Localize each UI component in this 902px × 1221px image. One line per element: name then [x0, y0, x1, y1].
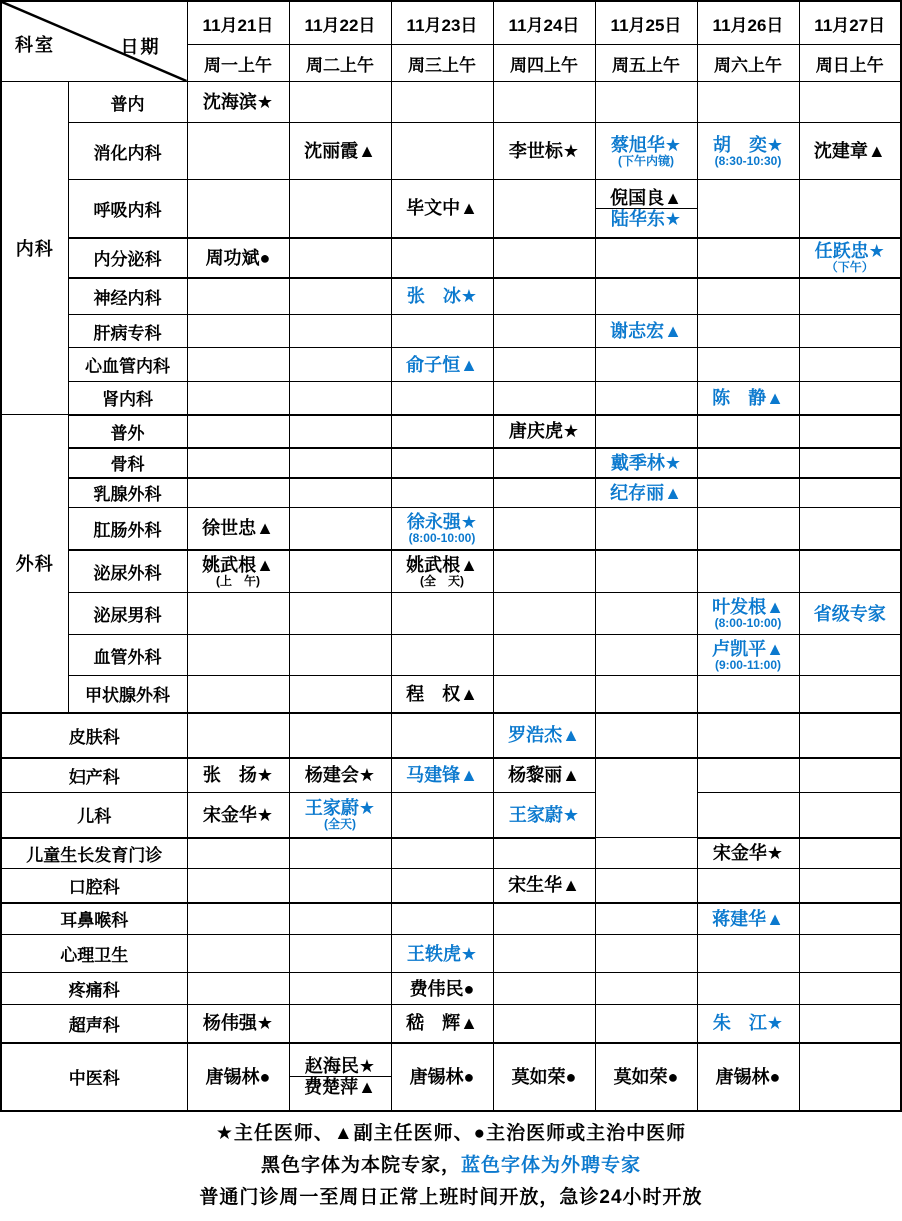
schedule-cell: 唐锡林●	[697, 1043, 799, 1111]
schedule-cell	[289, 838, 391, 869]
schedule-cell: 杨建会★	[289, 758, 391, 793]
schedule-cell	[493, 903, 595, 935]
schedule-cell	[493, 676, 595, 713]
weekday-label: 周一上午	[204, 56, 272, 75]
dept-label: 泌尿男科	[94, 606, 162, 625]
schedule-cell	[799, 382, 901, 415]
table-row: 耳鼻喉科蒋建华▲	[1, 903, 901, 935]
schedule-cell	[289, 478, 391, 508]
table-row: 儿科宋金华★王家蔚★(全天)王家蔚★	[1, 793, 901, 838]
schedule-cell	[799, 508, 901, 550]
schedule-cell	[493, 382, 595, 415]
doctor-name: 卢凯平▲	[712, 639, 784, 659]
schedule-cell	[391, 315, 493, 348]
time-note: (下午内镜)	[618, 155, 674, 168]
split-sub-cell: 费楚萍▲	[290, 1077, 391, 1097]
schedule-cell	[187, 903, 289, 935]
schedule-cell	[697, 793, 799, 838]
doctor-name: 宋金华★	[203, 805, 273, 825]
dept-label: 超声科	[69, 1016, 120, 1035]
schedule-cell	[697, 348, 799, 382]
header-date-cell: 11月21日	[187, 1, 289, 45]
group-label: 外科	[16, 554, 54, 574]
schedule-cell	[289, 635, 391, 676]
schedule-cell: 杨黎丽▲	[493, 758, 595, 793]
schedule-cell: 周功斌●	[187, 238, 289, 278]
schedule-cell	[493, 635, 595, 676]
schedule-cell: 沈丽霞▲	[289, 123, 391, 180]
doctor-name: 朱 江★	[713, 1013, 783, 1033]
dept-label: 肾内科	[102, 390, 153, 409]
schedule-cell	[595, 415, 697, 448]
table-row: 皮肤科罗浩杰▲	[1, 713, 901, 758]
schedule-cell	[595, 838, 697, 869]
schedule-cell	[493, 448, 595, 478]
dept-cell: 中医科	[1, 1043, 187, 1111]
schedule-cell: 张 扬★	[187, 758, 289, 793]
schedule-cell	[391, 903, 493, 935]
schedule-cell: 徐永强★(8:00-10:00)	[391, 508, 493, 550]
dept-cell: 心血管内科	[68, 348, 187, 382]
table-row: 乳腺外科纪存丽▲	[1, 478, 901, 508]
doctor-name: 徐世忠▲	[202, 518, 274, 538]
schedule-cell	[799, 478, 901, 508]
schedule-cell	[799, 550, 901, 593]
dept-label: 心理卫生	[60, 946, 128, 965]
dept-label: 呼吸内科	[94, 201, 162, 220]
dept-cell: 血管外科	[68, 635, 187, 676]
schedule-cell	[187, 869, 289, 903]
table-row: 肛肠外科徐世忠▲徐永强★(8:00-10:00)	[1, 508, 901, 550]
dept-label: 乳腺外科	[94, 485, 162, 504]
schedule-cell	[187, 676, 289, 713]
schedule-cell: 唐锡林●	[187, 1043, 289, 1111]
schedule-cell	[799, 635, 901, 676]
time-note: (全 天)	[420, 575, 464, 588]
dept-label: 普内	[111, 95, 145, 114]
schedule-cell	[697, 278, 799, 315]
schedule-cell	[595, 869, 697, 903]
schedule-cell	[187, 838, 289, 869]
schedule-cell: 莫如荣●	[493, 1043, 595, 1111]
schedule-cell	[391, 593, 493, 635]
dept-cell: 疼痛科	[1, 973, 187, 1005]
dept-cell: 乳腺外科	[68, 478, 187, 508]
schedule-cell	[595, 758, 697, 838]
dept-cell: 内分泌科	[68, 238, 187, 278]
table-row: 肝病专科谢志宏▲	[1, 315, 901, 348]
schedule-cell	[697, 935, 799, 973]
doctor-name: 王家蔚★	[509, 805, 579, 825]
schedule-cell: 胡 奕★(8:30-10:30)	[697, 123, 799, 180]
doctor-name: 杨建会★	[305, 765, 375, 785]
schedule-cell	[799, 903, 901, 935]
schedule-cell: 王轶虎★	[391, 935, 493, 973]
schedule-cell	[799, 180, 901, 238]
weekday-label: 周五上午	[612, 56, 680, 75]
schedule-cell	[595, 676, 697, 713]
schedule-cell	[493, 550, 595, 593]
doctor-name: 费楚萍▲	[304, 1077, 376, 1097]
schedule-cell	[289, 508, 391, 550]
legend-titles-line: ★主任医师、▲副主任医师、●主治医师或主治中医师	[0, 1123, 902, 1145]
schedule-cell	[697, 82, 799, 123]
schedule-cell	[595, 508, 697, 550]
schedule-cell	[187, 713, 289, 758]
schedule-cell: 罗浩杰▲	[493, 713, 595, 758]
header-weekday-cell: 周四上午	[493, 45, 595, 82]
schedule-cell	[493, 508, 595, 550]
doctor-name: 宋金华★	[713, 843, 783, 863]
schedule-cell: 宋金华★	[187, 793, 289, 838]
schedule-cell	[493, 348, 595, 382]
schedule-cell	[391, 415, 493, 448]
schedule-cell	[289, 903, 391, 935]
dept-cell: 耳鼻喉科	[1, 903, 187, 935]
schedule-cell	[493, 838, 595, 869]
table-row: 心理卫生王轶虎★	[1, 935, 901, 973]
dept-label: 口腔科	[69, 878, 120, 897]
legend-blue-note: 蓝色字体为外聘专家	[461, 1155, 641, 1176]
schedule-cell	[391, 238, 493, 278]
schedule-cell	[289, 238, 391, 278]
dept-label: 肝病专科	[94, 324, 162, 343]
dept-label: 儿童生长发育门诊	[26, 846, 162, 865]
schedule-cell: 赵海民★费楚萍▲	[289, 1043, 391, 1111]
time-note: (9:00-11:00)	[715, 659, 781, 672]
schedule-cell: 姚武根▲(全 天)	[391, 550, 493, 593]
schedule-cell	[697, 180, 799, 238]
header-date-cell: 11月23日	[391, 1, 493, 45]
doctor-name: 张 扬★	[203, 765, 273, 785]
table-row: 心血管内科俞子恒▲	[1, 348, 901, 382]
doctor-name: 唐锡林●	[206, 1067, 271, 1087]
table-row: 泌尿外科姚武根▲(上 午)姚武根▲(全 天)	[1, 550, 901, 593]
schedule-cell	[799, 793, 901, 838]
schedule-cell	[289, 180, 391, 238]
doctor-name: 姚武根▲	[202, 555, 274, 575]
schedule-cell: 陈 静▲	[697, 382, 799, 415]
schedule-cell	[391, 635, 493, 676]
doctor-name: 省级专家	[814, 604, 886, 624]
doctor-name: 纪存丽▲	[610, 483, 682, 503]
schedule-cell	[289, 869, 391, 903]
table-row: 外科普外唐庆虎★	[1, 415, 901, 448]
schedule-cell	[493, 1005, 595, 1043]
schedule-cell	[187, 935, 289, 973]
doctor-name: 程 权▲	[406, 684, 478, 704]
weekday-label: 周六上午	[714, 56, 782, 75]
header-weekday-cell: 周六上午	[697, 45, 799, 82]
split-sub-cell: 陆华东★	[596, 209, 697, 229]
schedule-cell	[595, 713, 697, 758]
schedule-cell: 宋生华▲	[493, 869, 595, 903]
schedule-cell	[595, 550, 697, 593]
doctor-name: 俞子恒▲	[406, 355, 478, 375]
schedule-cell: 程 权▲	[391, 676, 493, 713]
schedule-cell	[595, 973, 697, 1005]
dept-cell: 超声科	[1, 1005, 187, 1043]
schedule-cell	[187, 382, 289, 415]
doctor-name: 谢志宏▲	[610, 321, 682, 341]
schedule-cell: 叶发根▲(8:00-10:00)	[697, 593, 799, 635]
schedule-cell	[799, 973, 901, 1005]
dept-cell: 甲状腺外科	[68, 676, 187, 713]
schedule-cell	[493, 180, 595, 238]
dept-cell: 神经内科	[68, 278, 187, 315]
schedule-cell	[595, 635, 697, 676]
schedule-cell	[289, 550, 391, 593]
dept-cell: 普外	[68, 415, 187, 448]
date-label: 11月24日	[509, 16, 580, 35]
dept-label: 神经内科	[94, 289, 162, 308]
dept-label: 皮肤科	[69, 728, 120, 747]
schedule-cell	[697, 676, 799, 713]
schedule-cell: 王家蔚★	[493, 793, 595, 838]
table-row: 血管外科卢凯平▲(9:00-11:00)	[1, 635, 901, 676]
group-cell: 内科	[1, 82, 68, 415]
doctor-name: 蔡旭华★	[611, 135, 681, 155]
date-label: 11月22日	[305, 16, 376, 35]
table-row: 内科普内沈海滨★	[1, 82, 901, 123]
doctor-name: 李世标★	[509, 141, 579, 161]
dept-label: 泌尿外科	[94, 564, 162, 583]
schedule-cell	[391, 382, 493, 415]
schedule-cell	[493, 278, 595, 315]
schedule-cell: 徐世忠▲	[187, 508, 289, 550]
doctor-name: 沈丽霞▲	[304, 141, 376, 161]
schedule-cell	[289, 713, 391, 758]
doctor-name: 莫如荣●	[512, 1067, 577, 1087]
table-row: 疼痛科费伟民●	[1, 973, 901, 1005]
weekday-label: 周日上午	[816, 56, 884, 75]
schedule-cell: 卢凯平▲(9:00-11:00)	[697, 635, 799, 676]
schedule-cell	[799, 348, 901, 382]
dept-cell: 呼吸内科	[68, 180, 187, 238]
schedule-cell	[697, 869, 799, 903]
time-note: (8:00-10:00)	[409, 532, 476, 545]
schedule-cell	[799, 758, 901, 793]
schedule-cell: 嵇 辉▲	[391, 1005, 493, 1043]
schedule-cell: 张 冰★	[391, 278, 493, 315]
doctor-name: 胡 奕★	[713, 135, 783, 155]
table-row: 甲状腺外科程 权▲	[1, 676, 901, 713]
doctor-name: 王轶虎★	[407, 944, 477, 964]
table-row: 泌尿男科叶发根▲(8:00-10:00)省级专家	[1, 593, 901, 635]
legend-footer: ★主任医师、▲副主任医师、●主治医师或主治中医师 黑色字体为本院专家，蓝色字体为…	[0, 1123, 902, 1209]
schedule-cell	[493, 315, 595, 348]
dept-cell: 普内	[68, 82, 187, 123]
schedule-cell	[595, 278, 697, 315]
dept-label: 心血管内科	[85, 357, 170, 376]
schedule-cell	[595, 82, 697, 123]
time-note: （下午）	[826, 261, 874, 274]
schedule-cell: 倪国良▲陆华东★	[595, 180, 697, 238]
schedule-cell	[799, 869, 901, 903]
doctor-name: 张 冰★	[407, 286, 477, 306]
schedule-cell: 蒋建华▲	[697, 903, 799, 935]
schedule-cell	[289, 82, 391, 123]
dept-cell: 骨科	[68, 448, 187, 478]
schedule-cell	[697, 448, 799, 478]
legend-hours-line: 普通门诊周一至周日正常上班时间开放，急诊24小时开放	[0, 1187, 902, 1209]
schedule-cell	[187, 315, 289, 348]
date-label: 11月23日	[407, 16, 478, 35]
header-date-cell: 11月25日	[595, 1, 697, 45]
schedule-cell	[391, 793, 493, 838]
dept-cell: 泌尿外科	[68, 550, 187, 593]
dept-label: 儿科	[77, 807, 111, 826]
schedule-cell	[697, 508, 799, 550]
split-sub-cell: 倪国良▲	[596, 188, 697, 209]
table-row: 呼吸内科毕文中▲倪国良▲陆华东★	[1, 180, 901, 238]
schedule-cell: 沈海滨★	[187, 82, 289, 123]
dept-cell: 肾内科	[68, 382, 187, 415]
schedule-cell	[799, 82, 901, 123]
schedule-cell	[595, 903, 697, 935]
table-row: 中医科唐锡林●赵海民★费楚萍▲唐锡林●莫如荣●莫如荣●唐锡林●	[1, 1043, 901, 1111]
schedule-cell	[697, 478, 799, 508]
schedule-cell	[697, 238, 799, 278]
doctor-name: 费伟民●	[410, 979, 475, 999]
weekday-label: 周三上午	[408, 56, 476, 75]
date-label: 11月25日	[611, 16, 682, 35]
schedule-cell: 李世标★	[493, 123, 595, 180]
table-row: 骨科戴季林★	[1, 448, 901, 478]
header-weekday-cell: 周二上午	[289, 45, 391, 82]
schedule-cell: 谢志宏▲	[595, 315, 697, 348]
dept-cell: 消化内科	[68, 123, 187, 180]
schedule-page: 科室 日期 11月21日11月22日11月23日11月24日11月25日11月2…	[0, 0, 902, 1221]
corner-date-label: 日期	[121, 33, 161, 59]
doctor-name: 沈建章▲	[814, 141, 886, 161]
schedule-cell: 姚武根▲(上 午)	[187, 550, 289, 593]
table-row: 儿童生长发育门诊宋金华★	[1, 838, 901, 869]
schedule-cell	[289, 935, 391, 973]
dept-cell: 肝病专科	[68, 315, 187, 348]
weekday-label: 周四上午	[510, 56, 578, 75]
dept-cell: 肛肠外科	[68, 508, 187, 550]
dept-cell: 泌尿男科	[68, 593, 187, 635]
schedule-cell	[289, 315, 391, 348]
doctor-name: 宋生华▲	[508, 875, 580, 895]
split-sub-cell: 赵海民★	[290, 1056, 391, 1077]
schedule-cell	[187, 123, 289, 180]
time-note: (8:00-10:00)	[715, 617, 782, 630]
schedule-cell: 毕文中▲	[391, 180, 493, 238]
schedule-cell	[595, 935, 697, 973]
schedule-cell	[391, 448, 493, 478]
dept-label: 妇产科	[69, 768, 120, 787]
corner-dept-label: 科室	[15, 31, 55, 57]
schedule-cell	[697, 315, 799, 348]
schedule-cell	[187, 635, 289, 676]
header-date-row: 科室 日期 11月21日11月22日11月23日11月24日11月25日11月2…	[1, 1, 901, 45]
schedule-cell: 蔡旭华★(下午内镜)	[595, 123, 697, 180]
date-label: 11月21日	[203, 16, 274, 35]
schedule-cell	[697, 758, 799, 793]
table-row: 消化内科沈丽霞▲李世标★蔡旭华★(下午内镜)胡 奕★(8:30-10:30)沈建…	[1, 123, 901, 180]
doctor-name: 唐锡林●	[410, 1067, 475, 1087]
schedule-cell: 纪存丽▲	[595, 478, 697, 508]
group-cell: 外科	[1, 415, 68, 713]
schedule-cell	[187, 973, 289, 1005]
legend-colors-line: 黑色字体为本院专家，蓝色字体为外聘专家	[0, 1155, 902, 1177]
time-note: (全天)	[324, 818, 356, 831]
table-row: 肾内科陈 静▲	[1, 382, 901, 415]
schedule-cell	[697, 713, 799, 758]
doctor-name: 戴季林★	[611, 453, 681, 473]
header-weekday-cell: 周日上午	[799, 45, 901, 82]
doctor-name: 蒋建华▲	[712, 909, 784, 929]
header-date-cell: 11月22日	[289, 1, 391, 45]
schedule-cell	[799, 278, 901, 315]
doctor-name: 周功斌●	[206, 248, 271, 268]
table-row: 超声科杨伟强★嵇 辉▲朱 江★	[1, 1005, 901, 1043]
schedule-cell	[595, 238, 697, 278]
doctor-name: 陆华东★	[611, 209, 681, 229]
dept-label: 中医科	[69, 1069, 120, 1088]
header-weekday-cell: 周三上午	[391, 45, 493, 82]
schedule-cell	[187, 180, 289, 238]
schedule-cell	[391, 478, 493, 508]
schedule-cell	[493, 478, 595, 508]
header-weekday-cell: 周一上午	[187, 45, 289, 82]
schedule-cell	[187, 415, 289, 448]
schedule-cell: 费伟民●	[391, 973, 493, 1005]
schedule-cell	[697, 973, 799, 1005]
date-label: 11月26日	[713, 16, 784, 35]
dept-label: 耳鼻喉科	[60, 911, 128, 930]
dept-cell: 妇产科	[1, 758, 187, 793]
dept-cell: 皮肤科	[1, 713, 187, 758]
schedule-cell: 朱 江★	[697, 1005, 799, 1043]
schedule-cell: 省级专家	[799, 593, 901, 635]
schedule-cell	[595, 1005, 697, 1043]
time-note: (上 午)	[216, 575, 260, 588]
doctor-name: 嵇 辉▲	[406, 1013, 478, 1033]
doctor-name: 赵海民★	[305, 1056, 375, 1076]
schedule-cell	[187, 593, 289, 635]
schedule-cell	[493, 593, 595, 635]
schedule-cell	[799, 415, 901, 448]
doctor-name: 罗浩杰▲	[508, 725, 580, 745]
dept-label: 消化内科	[94, 144, 162, 163]
schedule-cell: 俞子恒▲	[391, 348, 493, 382]
schedule-cell: 沈建章▲	[799, 123, 901, 180]
dept-cell: 口腔科	[1, 869, 187, 903]
schedule-cell	[595, 593, 697, 635]
doctor-name: 莫如荣●	[614, 1067, 679, 1087]
schedule-cell	[289, 593, 391, 635]
table-row: 口腔科宋生华▲	[1, 869, 901, 903]
schedule-cell	[289, 448, 391, 478]
doctor-name: 倪国良▲	[610, 188, 682, 208]
schedule-cell: 任跃忠★（下午）	[799, 238, 901, 278]
schedule-cell	[391, 713, 493, 758]
schedule-cell: 唐庆虎★	[493, 415, 595, 448]
schedule-cell	[187, 448, 289, 478]
schedule-cell	[493, 973, 595, 1005]
schedule-cell	[391, 869, 493, 903]
schedule-cell	[187, 478, 289, 508]
dept-label: 血管外科	[94, 648, 162, 667]
dept-label: 骨科	[111, 455, 145, 474]
schedule-cell: 唐锡林●	[391, 1043, 493, 1111]
schedule-cell: 杨伟强★	[187, 1005, 289, 1043]
schedule-cell	[391, 838, 493, 869]
schedule-cell	[697, 415, 799, 448]
